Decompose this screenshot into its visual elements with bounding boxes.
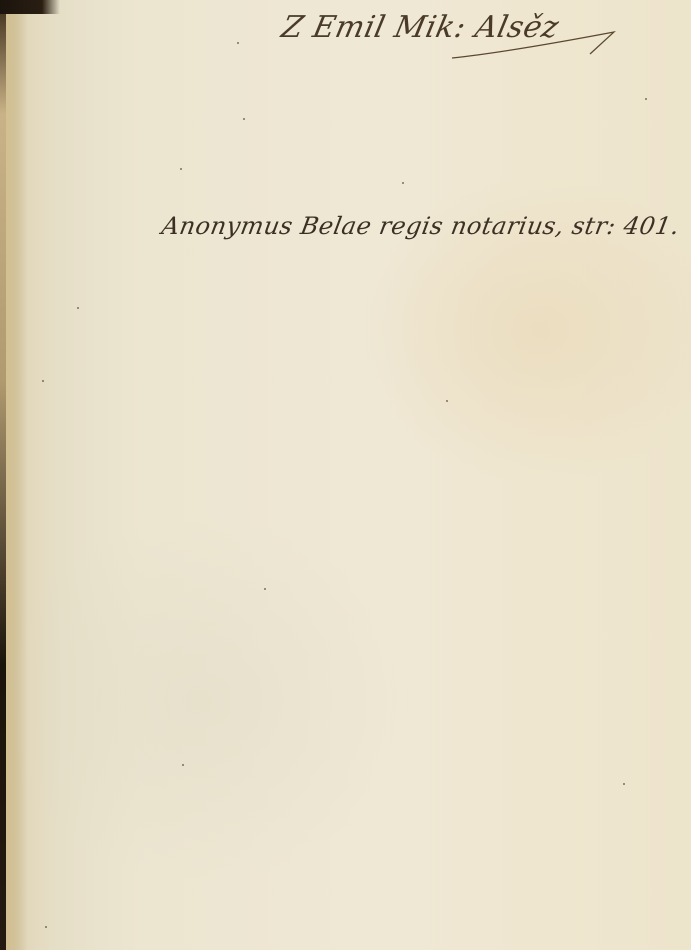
- paper-speck: [645, 98, 647, 100]
- paper-speck: [180, 168, 182, 170]
- paper-speck: [446, 400, 448, 402]
- book-page: Z Emil Mik: Alsěz Anonymus Belae regis n…: [0, 0, 691, 950]
- paper-speck: [243, 118, 245, 120]
- paper-speck: [237, 42, 239, 44]
- book-cover-corner: [0, 0, 60, 14]
- paper-speck: [182, 764, 184, 766]
- page-gutter-shadow: [6, 0, 28, 950]
- paper-speck: [42, 380, 44, 382]
- paper-speck: [623, 783, 625, 785]
- paper-speck: [402, 182, 404, 184]
- signature-flourish-icon: [450, 28, 620, 62]
- paper-speck: [45, 926, 47, 928]
- paper-speck: [77, 307, 79, 309]
- handwritten-inscription: Anonymus Belae regis notarius, str: 401.: [160, 212, 682, 240]
- paper-speck: [264, 588, 266, 590]
